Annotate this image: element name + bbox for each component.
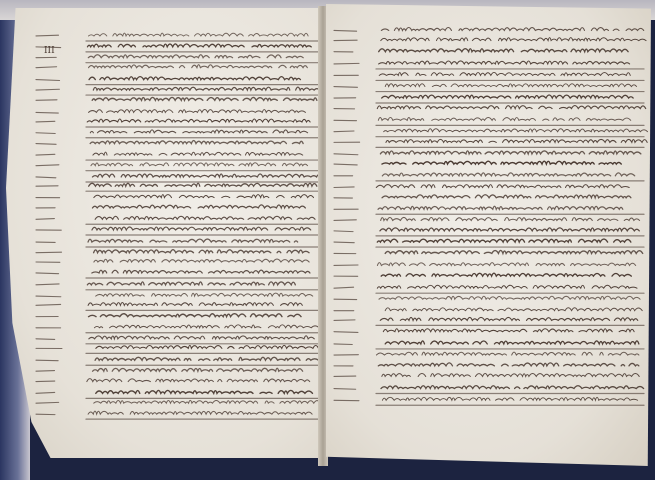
right-page-handwriting — [326, 4, 651, 466]
left-page-handwriting — [6, 8, 324, 458]
right-page — [326, 4, 651, 466]
left-page: III — [6, 8, 324, 458]
